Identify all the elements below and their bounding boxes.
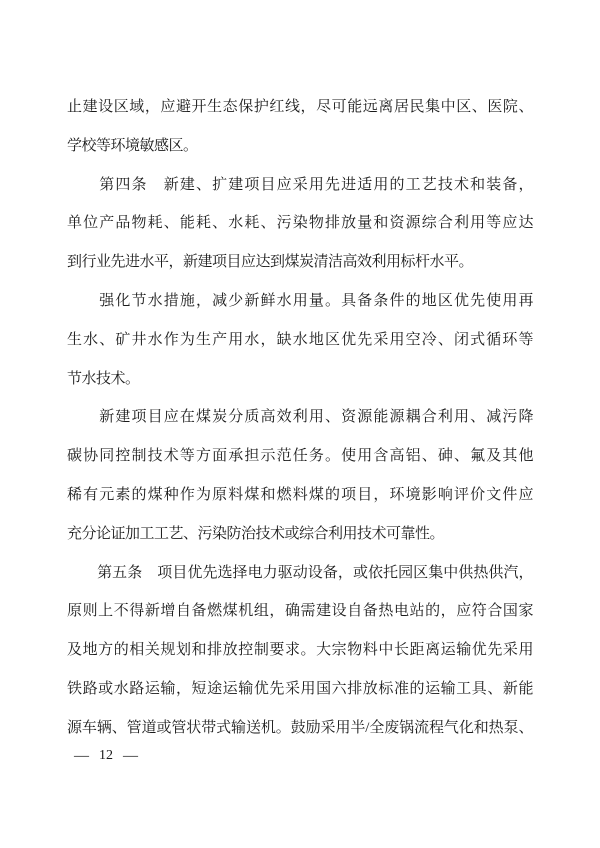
paragraph-water-saving: 强化节水措施，减少新鲜水用量。具备条件的地区优先使用再 生水、矿井水作为生产用水… [67, 282, 533, 398]
text-line: 节水技术。 [67, 360, 533, 399]
paragraph-article-5: 第五条 项目优先选择电力驱动设备，或依托园区集中供热供汽， 原则上不得新增自备燃… [67, 554, 533, 748]
text-line: 第四条 新建、扩建项目应采用先进适用的工艺技术和装备， [67, 166, 533, 205]
document-page: 止建设区域，应避开生态保护红线，尽可能远离居民集中区、医院、 学校等环境敏感区。… [0, 0, 600, 848]
text-line: 强化节水措施，减少新鲜水用量。具备条件的地区优先使用再 [67, 282, 533, 321]
text-line: 碳协同控制技术等方面承担示范任务。使用含高铝、砷、氟及其他 [67, 437, 533, 476]
text-line: 单位产品物耗、能耗、水耗、污染物排放量和资源综合利用等应达 [67, 204, 533, 243]
text-line: 止建设区域，应避开生态保护红线，尽可能远离居民集中区、医院、 [67, 88, 533, 127]
text-line: 生水、矿井水作为生产用水，缺水地区优先采用空冷、闭式循环等 [67, 321, 533, 360]
paragraph-article-4: 第四条 新建、扩建项目应采用先进适用的工艺技术和装备， 单位产品物耗、能耗、水耗… [67, 166, 533, 282]
text-line: 源车辆、管道或管状带式输送机。鼓励采用半/全废锅流程气化和热泵、 [67, 709, 533, 748]
paragraph-new-projects: 新建项目应在煤炭分质高效利用、资源能源耦合利用、减污降 碳协同控制技术等方面承担… [67, 398, 533, 553]
text-line: 到行业先进水平，新建项目应达到煤炭清洁高效利用标杆水平。 [67, 243, 533, 282]
footer-dash-right: — [123, 746, 138, 766]
document-body: 止建设区域，应避开生态保护红线，尽可能远离居民集中区、医院、 学校等环境敏感区。… [67, 88, 533, 748]
text-line: 第五条 项目优先选择电力驱动设备，或依托园区集中供热供汽， [67, 554, 533, 593]
footer-dash-left: — [74, 746, 89, 766]
text-line: 原则上不得新增自备燃煤机组，确需建设自备热电站的，应符合国家 [67, 592, 533, 631]
text-line: 稀有元素的煤种作为原料煤和燃料煤的项目，环境影响评价文件应 [67, 476, 533, 515]
page-number: 12 [99, 746, 113, 766]
text-line: 学校等环境敏感区。 [67, 127, 533, 166]
text-line: 铁路或水路运输，短途运输优先采用国六排放标准的运输工具、新能 [67, 670, 533, 709]
paragraph-continuation: 止建设区域，应避开生态保护红线，尽可能远离居民集中区、医院、 学校等环境敏感区。 [67, 88, 533, 166]
text-line: 及地方的相关规划和排放控制要求。大宗物料中长距离运输优先采用 [67, 631, 533, 670]
text-line: 充分论证加工工艺、污染防治技术或综合利用技术可靠性。 [67, 515, 533, 554]
text-line: 新建项目应在煤炭分质高效利用、资源能源耦合利用、减污降 [67, 398, 533, 437]
page-footer: — 12 — [74, 746, 138, 766]
